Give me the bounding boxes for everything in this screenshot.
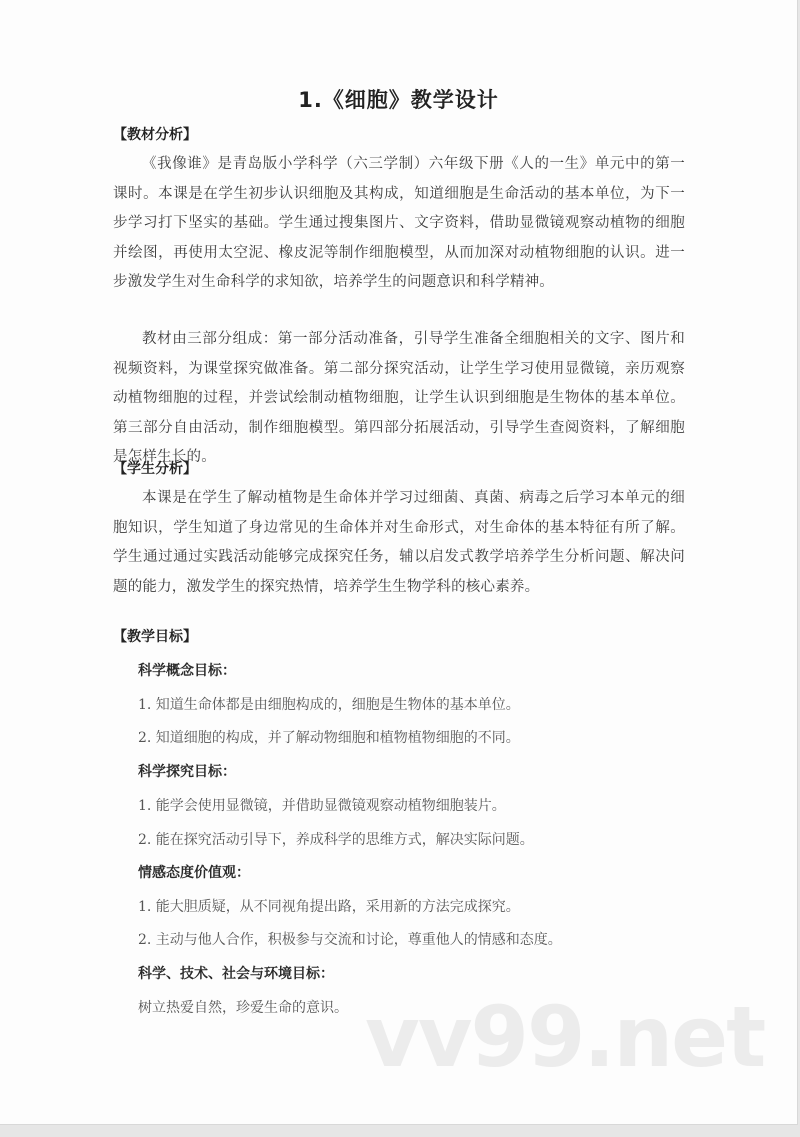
goal-item: 2. 主动与他人合作，积极参与交流和讨论，尊重他人的情感和态度。 [138, 929, 562, 949]
goal-item: 1. 能大胆质疑，从不同视角提出路，采用新的方法完成探究。 [138, 896, 520, 916]
goal-item: 1. 能学会使用显微镜，并借助显微镜观察动植物细胞装片。 [138, 795, 506, 815]
paragraph-textbook-analysis-1: 《我像谁》是青岛版小学科学（六三学制）六年级下册《人的一生》单元中的第一课时。本… [113, 150, 685, 298]
goal-item: 2. 能在探究活动引导下，养成科学的思维方式，解决实际问题。 [138, 829, 534, 849]
goal-item: 1. 知道生命体都是由细胞构成的，细胞是生物体的基本单位。 [138, 694, 520, 714]
goal-item: 2. 知道细胞的构成，并了解动物细胞和植物植物细胞的不同。 [138, 727, 520, 747]
paragraph-student-analysis: 本课是在学生了解动植物是生命体并学习过细菌、真菌、病毒之后学习本单元的细胞知识，… [113, 484, 685, 602]
paragraph-textbook-analysis-2: 教材由三部分组成：第一部分活动准备，引导学生准备全细胞相关的文字、图片和视频资料… [113, 325, 685, 473]
section-heading-teaching-goals: 【教学目标】 [113, 626, 197, 646]
document-page: 1.《细胞》教学设计 【教材分析】 《我像谁》是青岛版小学科学（六三学制）六年级… [0, 0, 798, 1125]
section-heading-textbook-analysis: 【教材分析】 [113, 124, 197, 144]
goal-heading-science-concept: 科学概念目标： [138, 660, 236, 680]
page-title: 1.《细胞》教学设计 [0, 84, 797, 114]
goal-heading-science-inquiry: 科学探究目标： [138, 761, 236, 781]
goal-heading-stse: 科学、技术、社会与环境目标： [138, 963, 334, 983]
section-heading-student-analysis: 【学生分析】 [113, 458, 197, 478]
watermark: vv99.net [365, 995, 764, 1079]
goal-item: 树立热爱自然，珍爱生命的意识。 [138, 997, 348, 1017]
goal-heading-attitude-values: 情感态度价值观： [138, 862, 250, 882]
